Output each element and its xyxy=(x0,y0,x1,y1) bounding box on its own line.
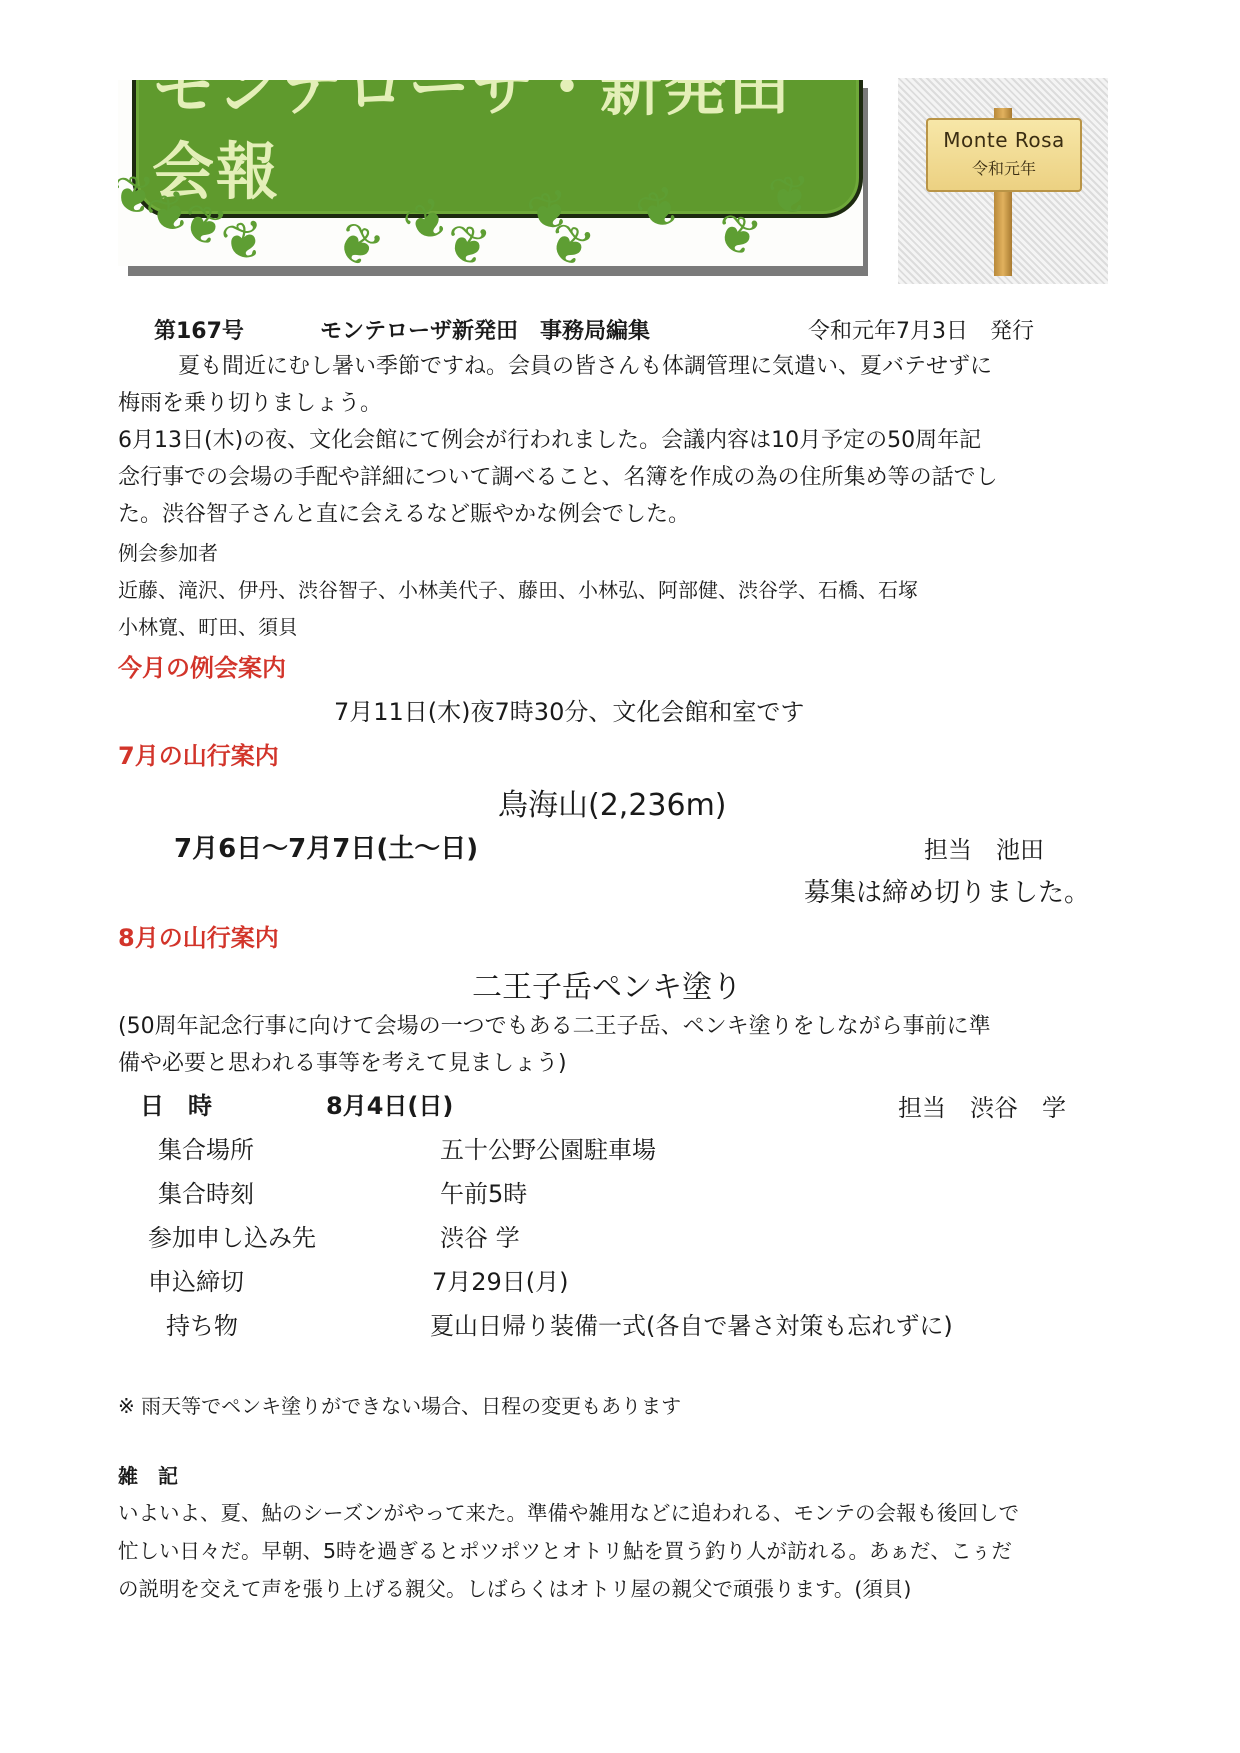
attendees-list: 近藤、滝沢、伊丹、渋谷智子、小林美代子、藤田、小林弘、阿部健、渋谷学、石橋、石塚 xyxy=(118,572,1118,609)
detail-value: 午前5時 xyxy=(440,1174,527,1209)
detail-label: 申込締切 xyxy=(148,1262,244,1297)
issue-number: 第167号 xyxy=(154,314,244,345)
newsletter-banner: モンテローザ・新発田会報 ❦ ❦ ❦ ❦ ❦ ❦ ❦ ❦ ❦ ❦ ❦ ❦ xyxy=(118,80,863,266)
attendees: 例会参加者 近藤、滝沢、伊丹、渋谷智子、小林美代子、藤田、小林弘、阿部健、渋谷学… xyxy=(118,535,1118,646)
detail-label: 持ち物 xyxy=(166,1306,238,1341)
rain-remark: ※ 雨天等でペンキ塗りができない場合、日程の変更もあります xyxy=(118,1390,681,1419)
detail-value: 夏山日帰り装備一式(各自で暑さ対策も忘れずに) xyxy=(430,1306,953,1341)
column-line: 忙しい日々だ。早朝、5時を過ぎるとポツポツとオトリ鮎を買う釣り人が訪れる。あぁだ… xyxy=(118,1532,1118,1570)
august-leader: 担当 渋谷 学 xyxy=(898,1088,1066,1123)
detail-value: 7月29日(月) xyxy=(432,1262,569,1297)
editor-credit: モンテローザ新発田 事務局編集 xyxy=(320,314,650,345)
august-title: 二王子岳ペンキ塗り xyxy=(472,962,742,1006)
column-line: の説明を交えて声を張り上げる親父。しばらくはオトリ屋の親父で頑張ります。(須貝) xyxy=(118,1570,1118,1608)
leaf-icon: ❦ xyxy=(442,217,494,266)
meeting-detail: 7月11日(木)夜7時30分、文化会館和室です xyxy=(334,692,804,727)
date-value: 8月4日(日) xyxy=(326,1086,453,1121)
note-line: (50周年記念行事に向けて会場の一つでもある二王子岳、ペンキ塗りをしながら事前に… xyxy=(118,1008,1118,1045)
report-line: た。渋谷智子さんと直に会えるなど賑やかな例会でした。 xyxy=(118,496,1118,533)
sign-board: Monte Rosa 令和元年 xyxy=(926,118,1082,192)
meeting-heading: 今月の例会案内 xyxy=(118,648,286,683)
meeting-report: 6月13日(木)の夜、文化会館にて例会が行われました。会議内容は10月予定の50… xyxy=(118,422,1118,533)
intro-line: 梅雨を乗り切りましょう。 xyxy=(118,385,1118,422)
july-hike-heading: 7月の山行案内 xyxy=(118,736,279,771)
logo-name: Monte Rosa xyxy=(928,128,1080,152)
intro-paragraph: 夏も間近にむし暑い季節ですね。会員の皆さんも体調管理に気遣い、夏バテせずに 梅雨… xyxy=(118,348,1118,422)
detail-label: 集合場所 xyxy=(158,1130,254,1165)
column-heading: 雑 記 xyxy=(118,1460,178,1489)
logo-era: 令和元年 xyxy=(928,156,1080,179)
august-note: (50周年記念行事に向けて会場の一つでもある二王子岳、ペンキ塗りをしながら事前に… xyxy=(118,1008,1118,1082)
monte-rosa-logo: Monte Rosa 令和元年 xyxy=(898,78,1108,284)
july-status: 募集は締め切りました。 xyxy=(804,872,1090,909)
column-body: いよいよ、夏、鮎のシーズンがやって来た。準備や雑用などに追われる、モンテの会報も… xyxy=(118,1494,1118,1608)
column-line: いよいよ、夏、鮎のシーズンがやって来た。準備や雑用などに追われる、モンテの会報も… xyxy=(118,1494,1118,1532)
detail-value: 五十公野公園駐車場 xyxy=(440,1130,656,1165)
intro-line: 夏も間近にむし暑い季節ですね。会員の皆さんも体調管理に気遣い、夏バテせずに xyxy=(118,348,1118,385)
detail-label: 集合時刻 xyxy=(158,1174,254,1209)
date-label: 日 時 xyxy=(140,1086,212,1121)
banner-title: モンテローザ・新発田会報 xyxy=(132,80,863,218)
july-dates: 7月6日〜7月7日(土〜日) xyxy=(174,828,478,865)
report-line: 念行事での会場の手配や詳細について調べること、名簿を作成の為の住所集め等の話でし xyxy=(118,459,1118,496)
leaf-icon: ❦ xyxy=(766,168,814,224)
publish-date: 令和元年7月3日 発行 xyxy=(808,314,1034,345)
august-hike-heading: 8月の山行案内 xyxy=(118,918,279,953)
attendees-list: 小林寛、町田、須貝 xyxy=(118,609,1118,646)
leaf-icon: ❦ xyxy=(326,213,390,266)
report-line: 6月13日(木)の夜、文化会館にて例会が行われました。会議内容は10月予定の50… xyxy=(118,422,1118,459)
leaf-icon: ❦ xyxy=(218,213,270,266)
banner-title-wrap: モンテローザ・新発田会報 xyxy=(132,86,863,174)
july-mountain: 鳥海山(2,236m) xyxy=(498,780,727,824)
detail-label: 参加申し込み先 xyxy=(148,1218,316,1253)
attendees-label: 例会参加者 xyxy=(118,535,1118,572)
note-line: 備や必要と思われる事等を考えて見ましょう) xyxy=(118,1045,1118,1082)
july-leader: 担当 池田 xyxy=(924,830,1044,865)
detail-value: 渋谷 学 xyxy=(440,1218,520,1253)
